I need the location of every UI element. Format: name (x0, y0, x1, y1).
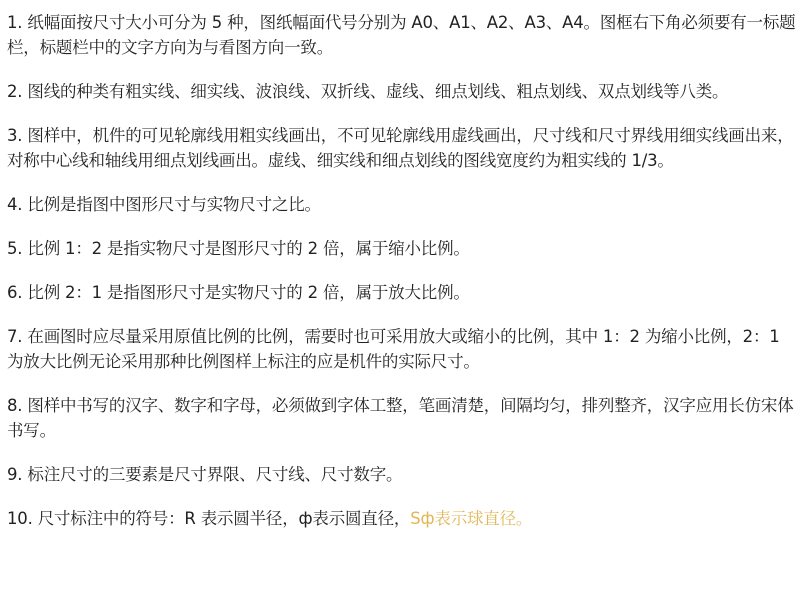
paragraph-number: 1. (7, 13, 22, 32)
paragraph-number: 3. (7, 126, 22, 145)
paragraph-text: 比例是指图中图形尺寸与实物尺寸之比。 (27, 195, 320, 214)
paragraph-text: 图线的种类有粗实线、细实线、波浪线、双折线、虚线、细点划线、粗点划线、双点划线等… (27, 82, 728, 101)
paragraph-5: 5. 比例 1：2 是指实物尺寸是图形尺寸的 2 倍，属于缩小比例。 (7, 236, 797, 261)
paragraph-8: 8. 图样中书写的汉字、数字和字母，必须做到字体工整，笔画清楚，间隔均匀，排列整… (7, 393, 797, 443)
paragraph-number: 4. (7, 195, 22, 214)
paragraph-1: 1. 纸幅面按尺寸大小可分为 5 种，图纸幅面代号分别为 A0、A1、A2、A3… (7, 10, 797, 60)
paragraph-number: 2. (7, 82, 22, 101)
paragraph-text: 图样中，机件的可见轮廓线用粗实线画出，不可见轮廓线用虚线画出，尺寸线和尺寸界线用… (7, 126, 794, 170)
paragraph-4: 4. 比例是指图中图形尺寸与实物尺寸之比。 (7, 192, 797, 217)
paragraph-text: 比例 2：1 是指图形尺寸是实物尺寸的 2 倍，属于放大比例。 (27, 283, 469, 302)
paragraph-7: 7. 在画图时应尽量采用原值比例的比例，需要时也可采用放大或缩小的比例，其中 1… (7, 324, 797, 374)
paragraph-number: 6. (7, 283, 22, 302)
paragraph-number: 10. (7, 509, 33, 528)
paragraph-text: 标注尺寸的三要素是尺寸界限、尺寸线、尺寸数字。 (27, 465, 402, 484)
paragraph-number: 8. (7, 396, 22, 415)
paragraph-10: 10. 尺寸标注中的符号：R 表示圆半径，ф表示圆直径，Sф表示球直径。 (7, 506, 797, 531)
paragraph-text: 纸幅面按尺寸大小可分为 5 种，图纸幅面代号分别为 A0、A1、A2、A3、A4… (7, 13, 795, 57)
paragraph-text: 图样中书写的汉字、数字和字母，必须做到字体工整，笔画清楚，间隔均匀，排列整齐，汉… (7, 396, 794, 440)
paragraph-text: 比例 1：2 是指实物尺寸是图形尺寸的 2 倍，属于缩小比例。 (27, 239, 469, 258)
paragraph-number: 9. (7, 465, 22, 484)
paragraph-number: 7. (7, 327, 22, 346)
highlighted-text: Sф表示球直径。 (410, 509, 532, 528)
document-body: 1. 纸幅面按尺寸大小可分为 5 种，图纸幅面代号分别为 A0、A1、A2、A3… (7, 10, 797, 550)
paragraph-9: 9. 标注尺寸的三要素是尺寸界限、尺寸线、尺寸数字。 (7, 462, 797, 487)
paragraph-text: 在画图时应尽量采用原值比例的比例，需要时也可采用放大或缩小的比例，其中 1：2 … (7, 327, 780, 371)
paragraph-6: 6. 比例 2：1 是指图形尺寸是实物尺寸的 2 倍，属于放大比例。 (7, 280, 797, 305)
paragraph-3: 3. 图样中，机件的可见轮廓线用粗实线画出，不可见轮廓线用虚线画出，尺寸线和尺寸… (7, 123, 797, 173)
paragraph-number: 5. (7, 239, 22, 258)
paragraph-text: 尺寸标注中的符号：R 表示圆半径，ф表示圆直径， (38, 509, 411, 528)
paragraph-2: 2. 图线的种类有粗实线、细实线、波浪线、双折线、虚线、细点划线、粗点划线、双点… (7, 79, 797, 104)
